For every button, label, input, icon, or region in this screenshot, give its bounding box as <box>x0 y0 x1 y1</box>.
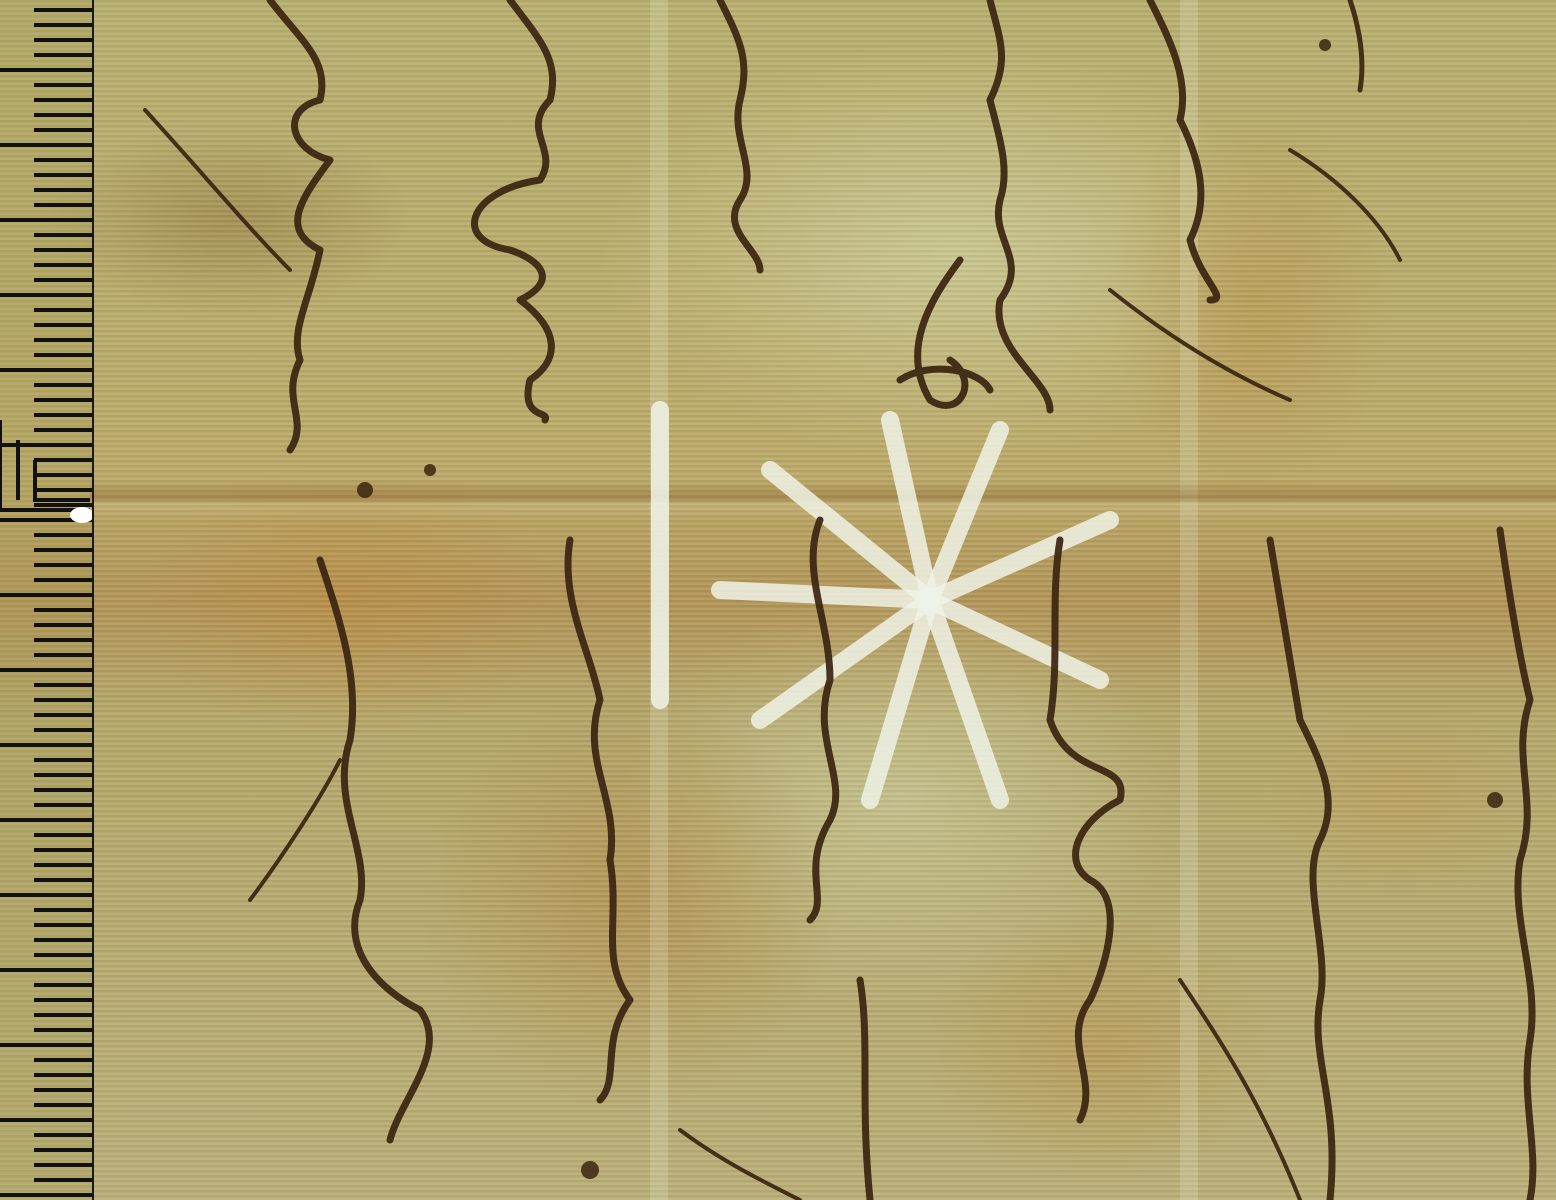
ruler-mark-icon <box>0 0 92 1200</box>
handwriting <box>0 0 1556 1200</box>
